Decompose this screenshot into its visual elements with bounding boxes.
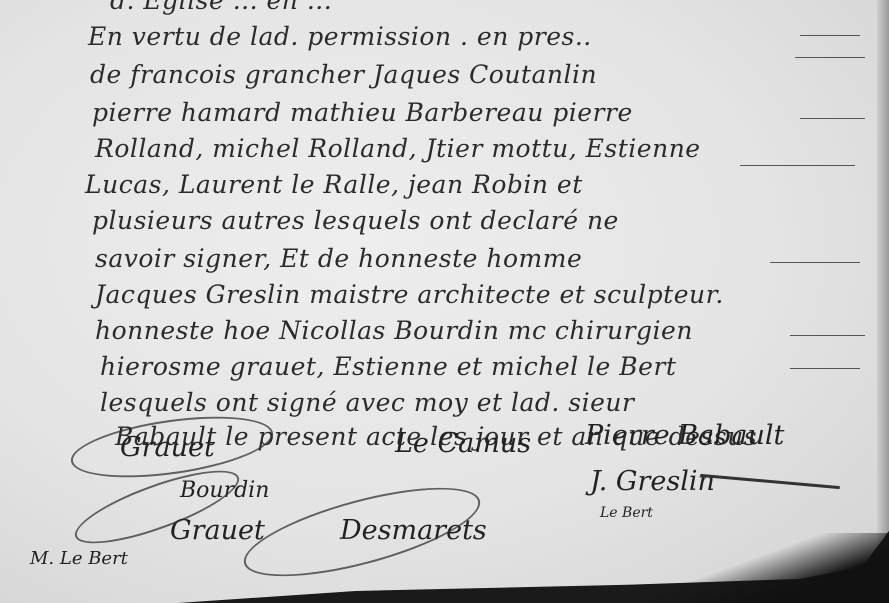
signature: Grauet (170, 515, 265, 546)
text-line: lesquels ont signé avec moy et lad. sieu… (100, 388, 634, 417)
manuscript-page: d. Eglise ... en ... En vertu de lad. pe… (0, 0, 889, 603)
signature: M. Le Bert (30, 548, 128, 569)
signature: Pierre Babault (585, 420, 784, 451)
text-line: honneste hoe Nicollas Bourdin mc chirurg… (95, 316, 693, 345)
line-filler (795, 57, 865, 58)
signature-flourish (236, 470, 488, 595)
line-filler (740, 165, 855, 166)
line-filler (770, 262, 860, 263)
text-line: savoir signer, Et de honneste homme (95, 244, 582, 273)
text-line: plusieurs autres lesquels ont declaré ne (92, 206, 619, 235)
dark-background-corner (649, 533, 889, 603)
text-line: pierre hamard mathieu Barbereau pierre (92, 98, 633, 127)
text-line: Jacques Greslin maistre architecte et sc… (95, 280, 724, 309)
line-filler (790, 368, 860, 369)
text-line: hierosme grauet, Estienne et michel le B… (100, 352, 676, 381)
line-filler (800, 118, 865, 119)
text-line: Lucas, Laurent le Ralle, jean Robin et (85, 170, 583, 199)
line-filler (790, 335, 865, 336)
line-filler (800, 35, 860, 36)
text-line: En vertu de lad. permission . en pres.. (88, 22, 592, 51)
page-edge (877, 0, 889, 603)
signature: Grauet (120, 432, 215, 463)
text-line: d. Eglise ... en ... (110, 0, 332, 15)
signature: Le Camus (395, 428, 531, 459)
signature: Le Bert (600, 505, 653, 521)
signature-stroke (700, 474, 840, 489)
text-line: Rolland, michel Rolland, Jtier mottu, Es… (95, 134, 701, 163)
text-line: de francois grancher Jaques Coutanlin (90, 60, 597, 89)
signature: J. Greslin (590, 466, 715, 497)
